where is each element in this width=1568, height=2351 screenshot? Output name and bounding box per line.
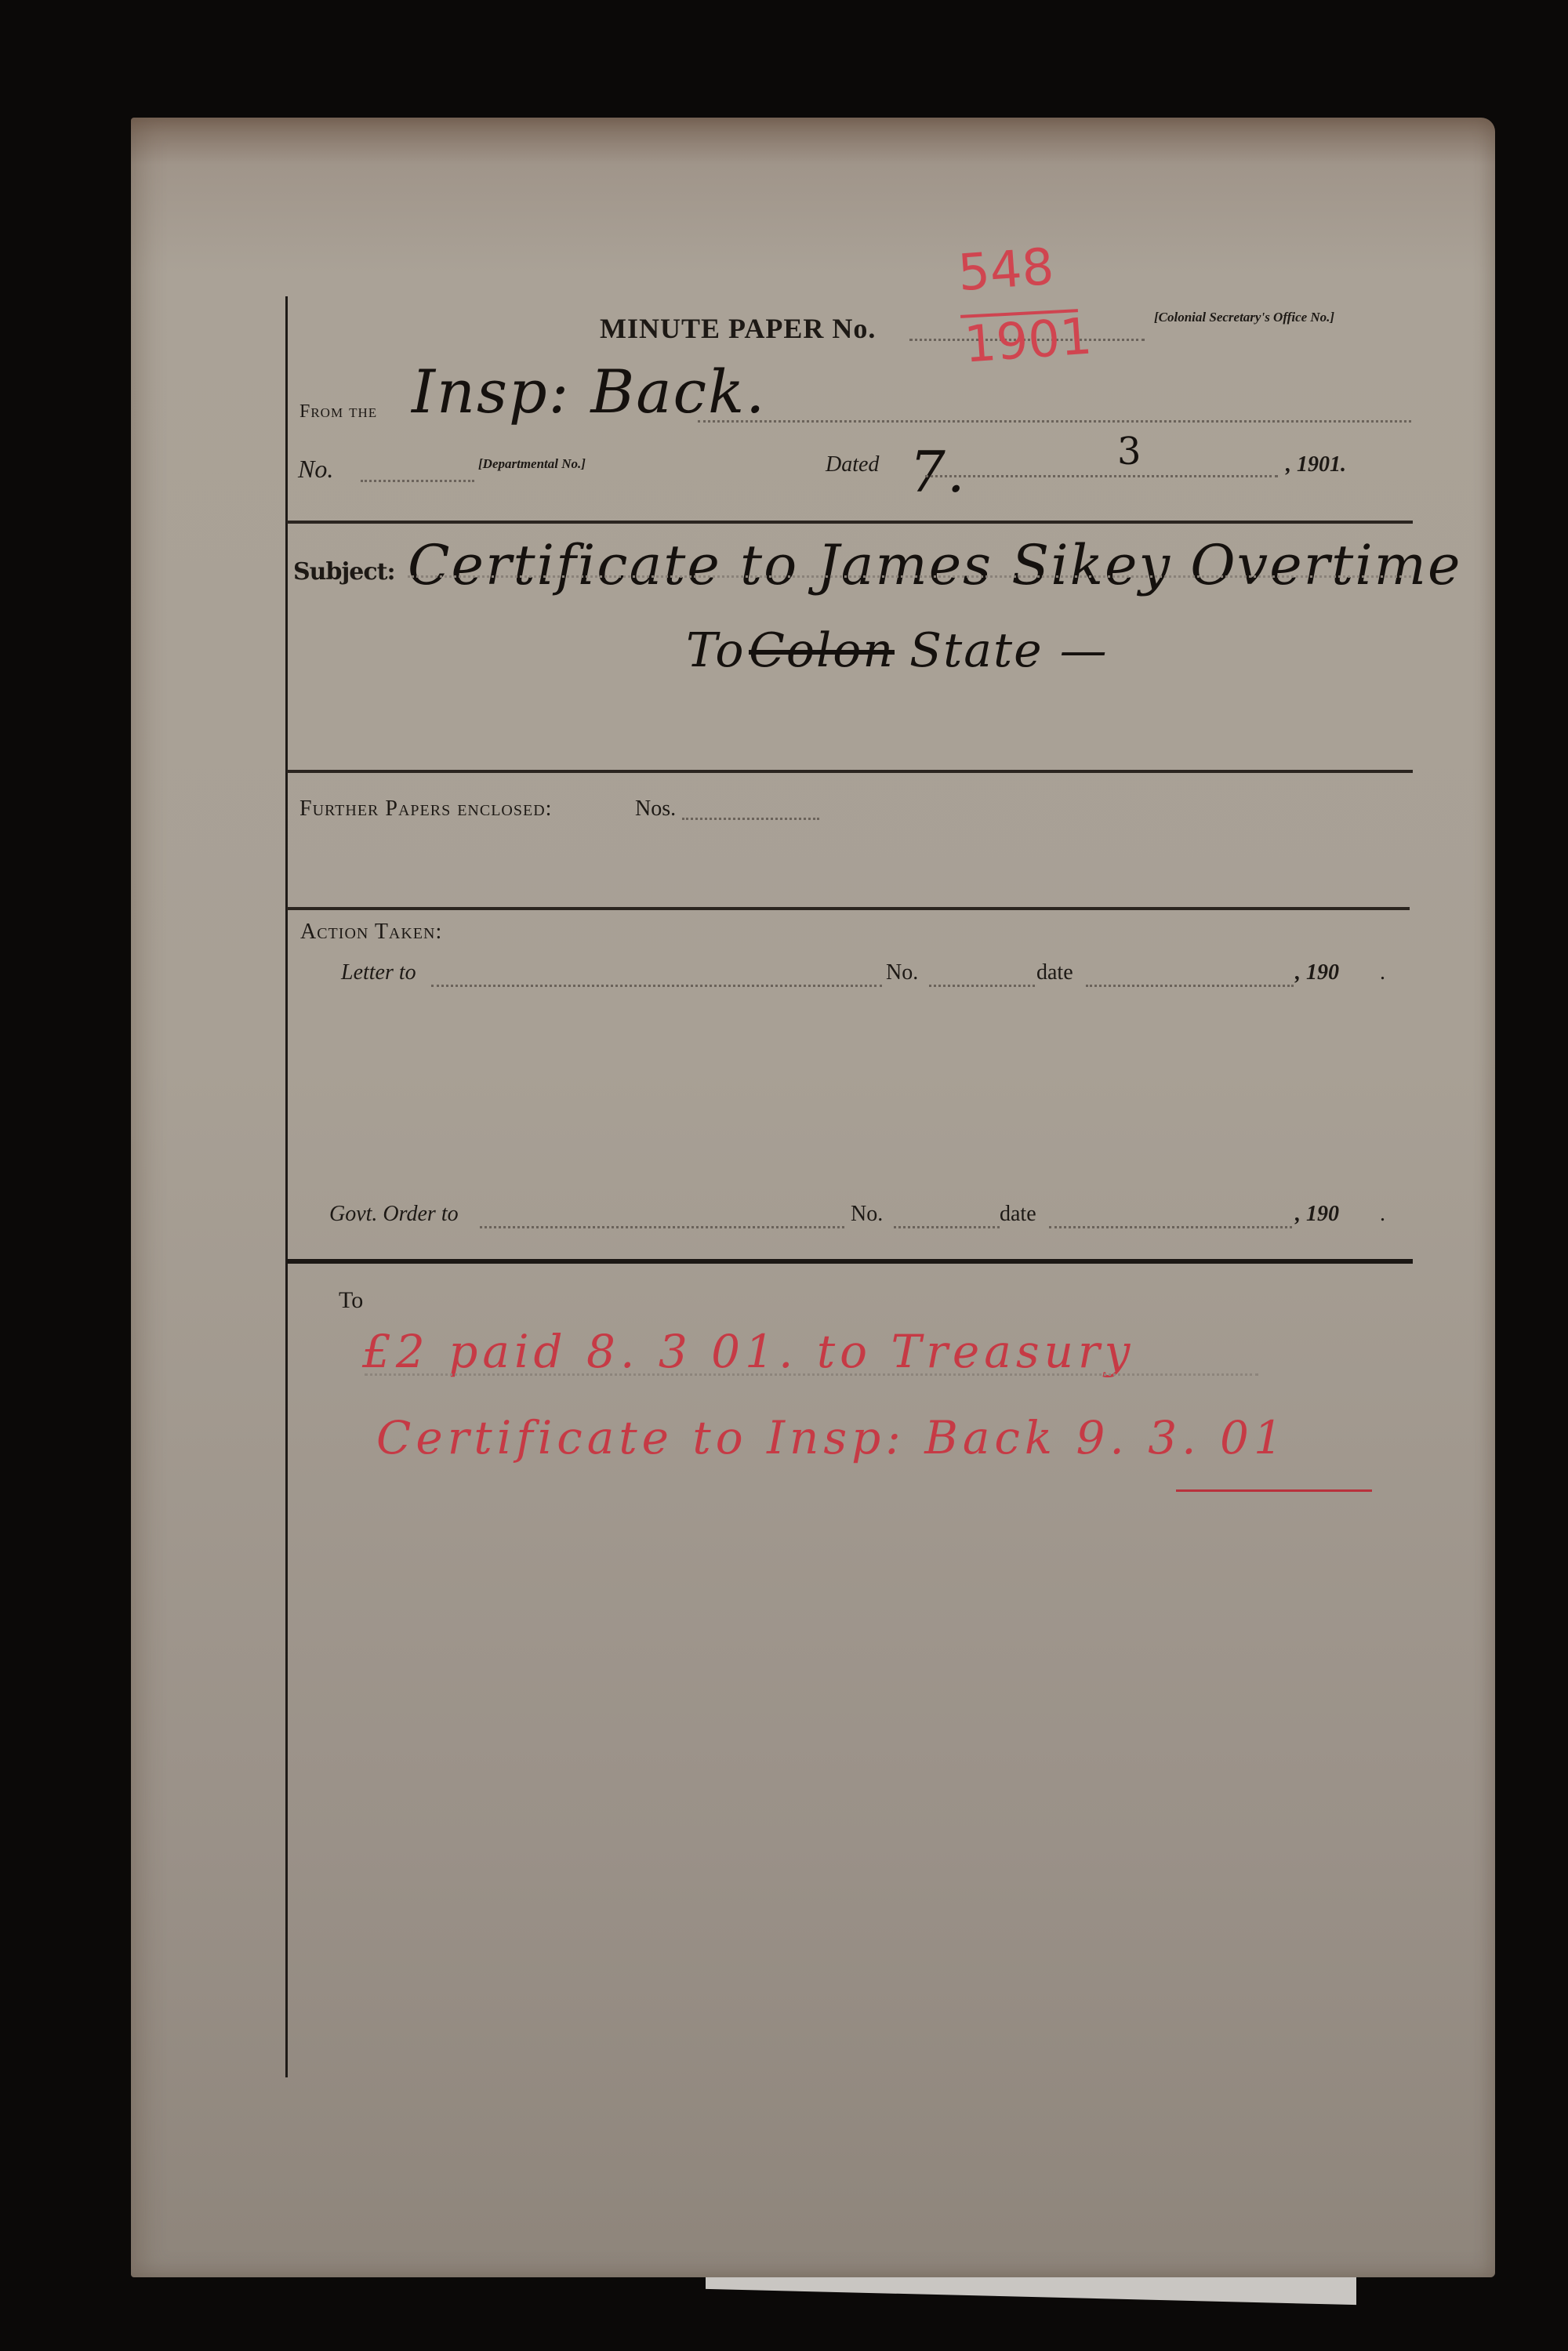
letter-no-dotted-line: [929, 985, 1035, 987]
to-note-line-2: Certificate to Insp: Back 9. 3. 01: [376, 1411, 1287, 1464]
govt-date-label: date: [1000, 1202, 1036, 1227]
subject-dotted-line: [408, 575, 1411, 578]
govt-order-dotted-line: [480, 1226, 844, 1228]
date-underline: [1176, 1489, 1372, 1492]
department-no-label: No.: [298, 455, 333, 484]
letter-no-label: No.: [886, 960, 918, 985]
further-papers-nos-label: Nos.: [635, 796, 676, 822]
minute-number: 548: [956, 238, 1056, 303]
dated-dotted-line: [925, 475, 1278, 477]
action-taken-label: Action Taken:: [300, 920, 442, 945]
rule-after-header: [287, 521, 1413, 524]
subject-line-2: State —: [909, 623, 1109, 678]
subject-label: Subject:: [293, 558, 395, 586]
rule-after-further-papers: [287, 907, 1410, 910]
subject-line-2-struck: Colon: [749, 623, 895, 678]
to-label: To: [339, 1287, 363, 1314]
from-value: Insp: Back.: [412, 357, 766, 426]
letter-end: .: [1380, 960, 1385, 985]
office-number-note: [Colonial Secretary's Office No.]: [1154, 310, 1334, 325]
dated-year: , 1901.: [1286, 452, 1346, 477]
from-dotted-line: [698, 420, 1411, 423]
department-no-note: [Departmental No.]: [478, 456, 586, 472]
from-label: From the: [299, 401, 377, 423]
form-title: MINUTE PAPER No.: [600, 312, 876, 345]
dated-month: 3: [1117, 430, 1143, 473]
margin-rule: [285, 296, 288, 2077]
to-note-line-1: £2 paid 8. 3 01. to Treasury: [362, 1325, 1134, 1378]
letter-to-dotted-line: [431, 985, 882, 987]
letter-date-label: date: [1036, 960, 1073, 985]
letter-date-dotted-line: [1086, 985, 1294, 987]
department-no-dotted-line: [361, 480, 474, 482]
minute-year: 1901: [963, 307, 1094, 374]
govt-date-dotted-line: [1049, 1226, 1292, 1228]
dated-day: 7.: [909, 439, 967, 505]
minute-paper-sheet: [131, 118, 1495, 2277]
subject-line-2-prefix: To: [686, 623, 745, 678]
letter-to-label: Letter to: [341, 960, 416, 985]
letter-year: , 190: [1295, 960, 1339, 985]
rule-before-to: [287, 1259, 1413, 1264]
dated-label: Dated: [826, 452, 879, 477]
further-papers-label: Further Papers enclosed:: [299, 796, 552, 822]
govt-year: , 190: [1295, 1202, 1339, 1227]
govt-end: .: [1380, 1202, 1385, 1227]
to-dotted-line: [365, 1373, 1258, 1376]
govt-order-label: Govt. Order to: [329, 1202, 459, 1227]
further-papers-dotted-line: [682, 818, 819, 820]
govt-no-label: No.: [851, 1202, 883, 1227]
rule-after-subject: [287, 770, 1413, 773]
govt-no-dotted-line: [894, 1226, 1000, 1228]
subject-line-1: Certificate to James Sikey Overtime: [408, 533, 1461, 597]
